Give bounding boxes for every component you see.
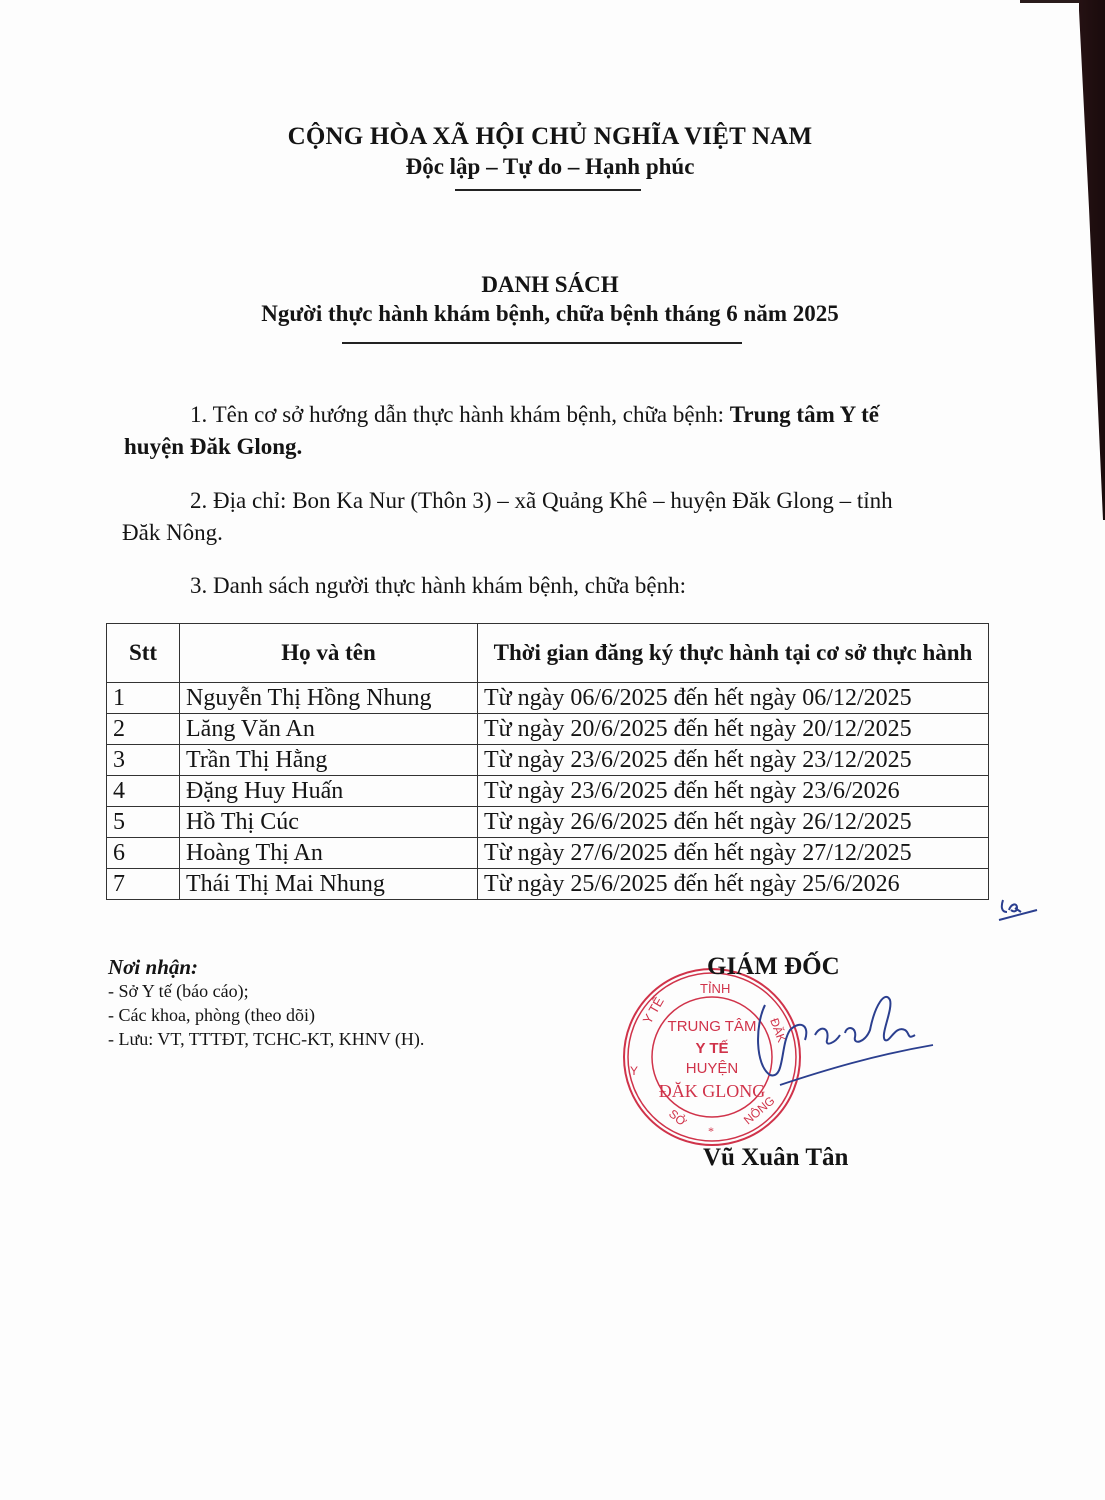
address-line2: Đăk Nông. (122, 520, 223, 545)
address-line1: 2. Địa chỉ: Bon Ka Nur (Thôn 3) – xã Quả… (190, 488, 893, 513)
svg-text:SỞ: SỞ (666, 1106, 690, 1130)
table-row: 5 Hồ Thị Cúc Từ ngày 26/6/2025 đến hết n… (107, 807, 989, 838)
cell-period: Từ ngày 23/6/2025 đến hết ngày 23/6/2026 (478, 776, 989, 807)
table-row: 4 Đặng Huy Huấn Từ ngày 23/6/2025 đến hế… (107, 776, 989, 807)
national-title: CỘNG HÒA XÃ HỘI CHỦ NGHĨA VIỆT NAM (0, 123, 1100, 151)
scan-edge-shadow (1065, 0, 1105, 520)
facility-name-part1: Trung tâm Y tế (730, 402, 879, 427)
section-3: 3. Danh sách người thực hành khám bệnh, … (190, 570, 686, 602)
cell-name: Trần Thị Hằng (180, 745, 478, 776)
cell-name: Hồ Thị Cúc (180, 807, 478, 838)
cell-stt: 3 (107, 745, 180, 776)
recipient-item: - Sở Y tế (báo cáo); (108, 979, 424, 1003)
header-stt: Stt (107, 624, 180, 683)
document-subtitle: Người thực hành khám bệnh, chữa bệnh thá… (0, 301, 1100, 327)
svg-text:Y: Y (630, 1064, 638, 1078)
cell-stt: 1 (107, 683, 180, 714)
svg-text:Y TẾ: Y TẾ (695, 1040, 728, 1057)
cell-name: Đặng Huy Huấn (180, 776, 478, 807)
table-header-row: Stt Họ và tên Thời gian đăng ký thực hàn… (107, 624, 989, 683)
scan-top-shadow (1020, 0, 1080, 3)
section-1-text: 1. Tên cơ sở hướng dẫn thực hành khám bệ… (190, 402, 730, 427)
header-name: Họ và tên (180, 624, 478, 683)
section-2: 2. Địa chỉ: Bon Ka Nur (Thôn 3) – xã Quả… (122, 485, 992, 549)
director-signature-icon (735, 985, 935, 1095)
facility-name-part2: huyện Đăk Glong. (124, 434, 302, 459)
header-period: Thời gian đăng ký thực hành tại cơ sở th… (478, 624, 989, 683)
cell-stt: 6 (107, 838, 180, 869)
svg-text:*: * (708, 1124, 714, 1138)
cell-name: Thái Thị Mai Nhung (180, 869, 478, 900)
cell-stt: 2 (107, 714, 180, 745)
table-row: 7 Thái Thị Mai Nhung Từ ngày 25/6/2025 đ… (107, 869, 989, 900)
svg-text:TỈNH: TỈNH (700, 981, 730, 996)
cell-period: Từ ngày 06/6/2025 đến hết ngày 06/12/202… (478, 683, 989, 714)
cell-period: Từ ngày 25/6/2025 đến hết ngày 25/6/2026 (478, 869, 989, 900)
signer-title: GIÁM ĐỐC (707, 953, 840, 981)
recipients-label: Nơi nhận: (108, 955, 424, 979)
recipient-item: - Lưu: VT, TTTĐT, TCHC-KT, KHNV (H). (108, 1027, 424, 1051)
table-row: 3 Trần Thị Hằng Từ ngày 23/6/2025 đến hế… (107, 745, 989, 776)
motto-underline (455, 189, 641, 191)
table-row: 6 Hoàng Thị An Từ ngày 27/6/2025 đến hết… (107, 838, 989, 869)
cell-stt: 4 (107, 776, 180, 807)
cell-period: Từ ngày 27/6/2025 đến hết ngày 27/12/202… (478, 838, 989, 869)
document-title: DANH SÁCH (0, 272, 1100, 298)
svg-text:HUYỆN: HUYỆN (686, 1060, 739, 1077)
initial-mark-icon (995, 890, 1040, 925)
cell-name: Nguyễn Thị Hồng Nhung (180, 683, 478, 714)
subtitle-underline (342, 342, 742, 344)
cell-period: Từ ngày 20/6/2025 đến hết ngày 20/12/202… (478, 714, 989, 745)
cell-stt: 7 (107, 869, 180, 900)
cell-period: Từ ngày 23/6/2025 đến hết ngày 23/12/202… (478, 745, 989, 776)
recipient-item: - Các khoa, phòng (theo dõi) (108, 1003, 424, 1027)
table-row: 1 Nguyễn Thị Hồng Nhung Từ ngày 06/6/202… (107, 683, 989, 714)
practitioner-table: Stt Họ và tên Thời gian đăng ký thực hàn… (106, 623, 989, 900)
cell-name: Lăng Văn An (180, 714, 478, 745)
section-1: 1. Tên cơ sở hướng dẫn thực hành khám bệ… (124, 399, 984, 463)
table-row: 2 Lăng Văn An Từ ngày 20/6/2025 đến hết … (107, 714, 989, 745)
recipients-block: Nơi nhận: - Sở Y tế (báo cáo); - Các kho… (108, 955, 424, 1051)
cell-name: Hoàng Thị An (180, 838, 478, 869)
national-motto: Độc lập – Tự do – Hạnh phúc (0, 154, 1100, 180)
signer-name: Vũ Xuân Tân (703, 1144, 848, 1172)
cell-period: Từ ngày 26/6/2025 đến hết ngày 26/12/202… (478, 807, 989, 838)
cell-stt: 5 (107, 807, 180, 838)
